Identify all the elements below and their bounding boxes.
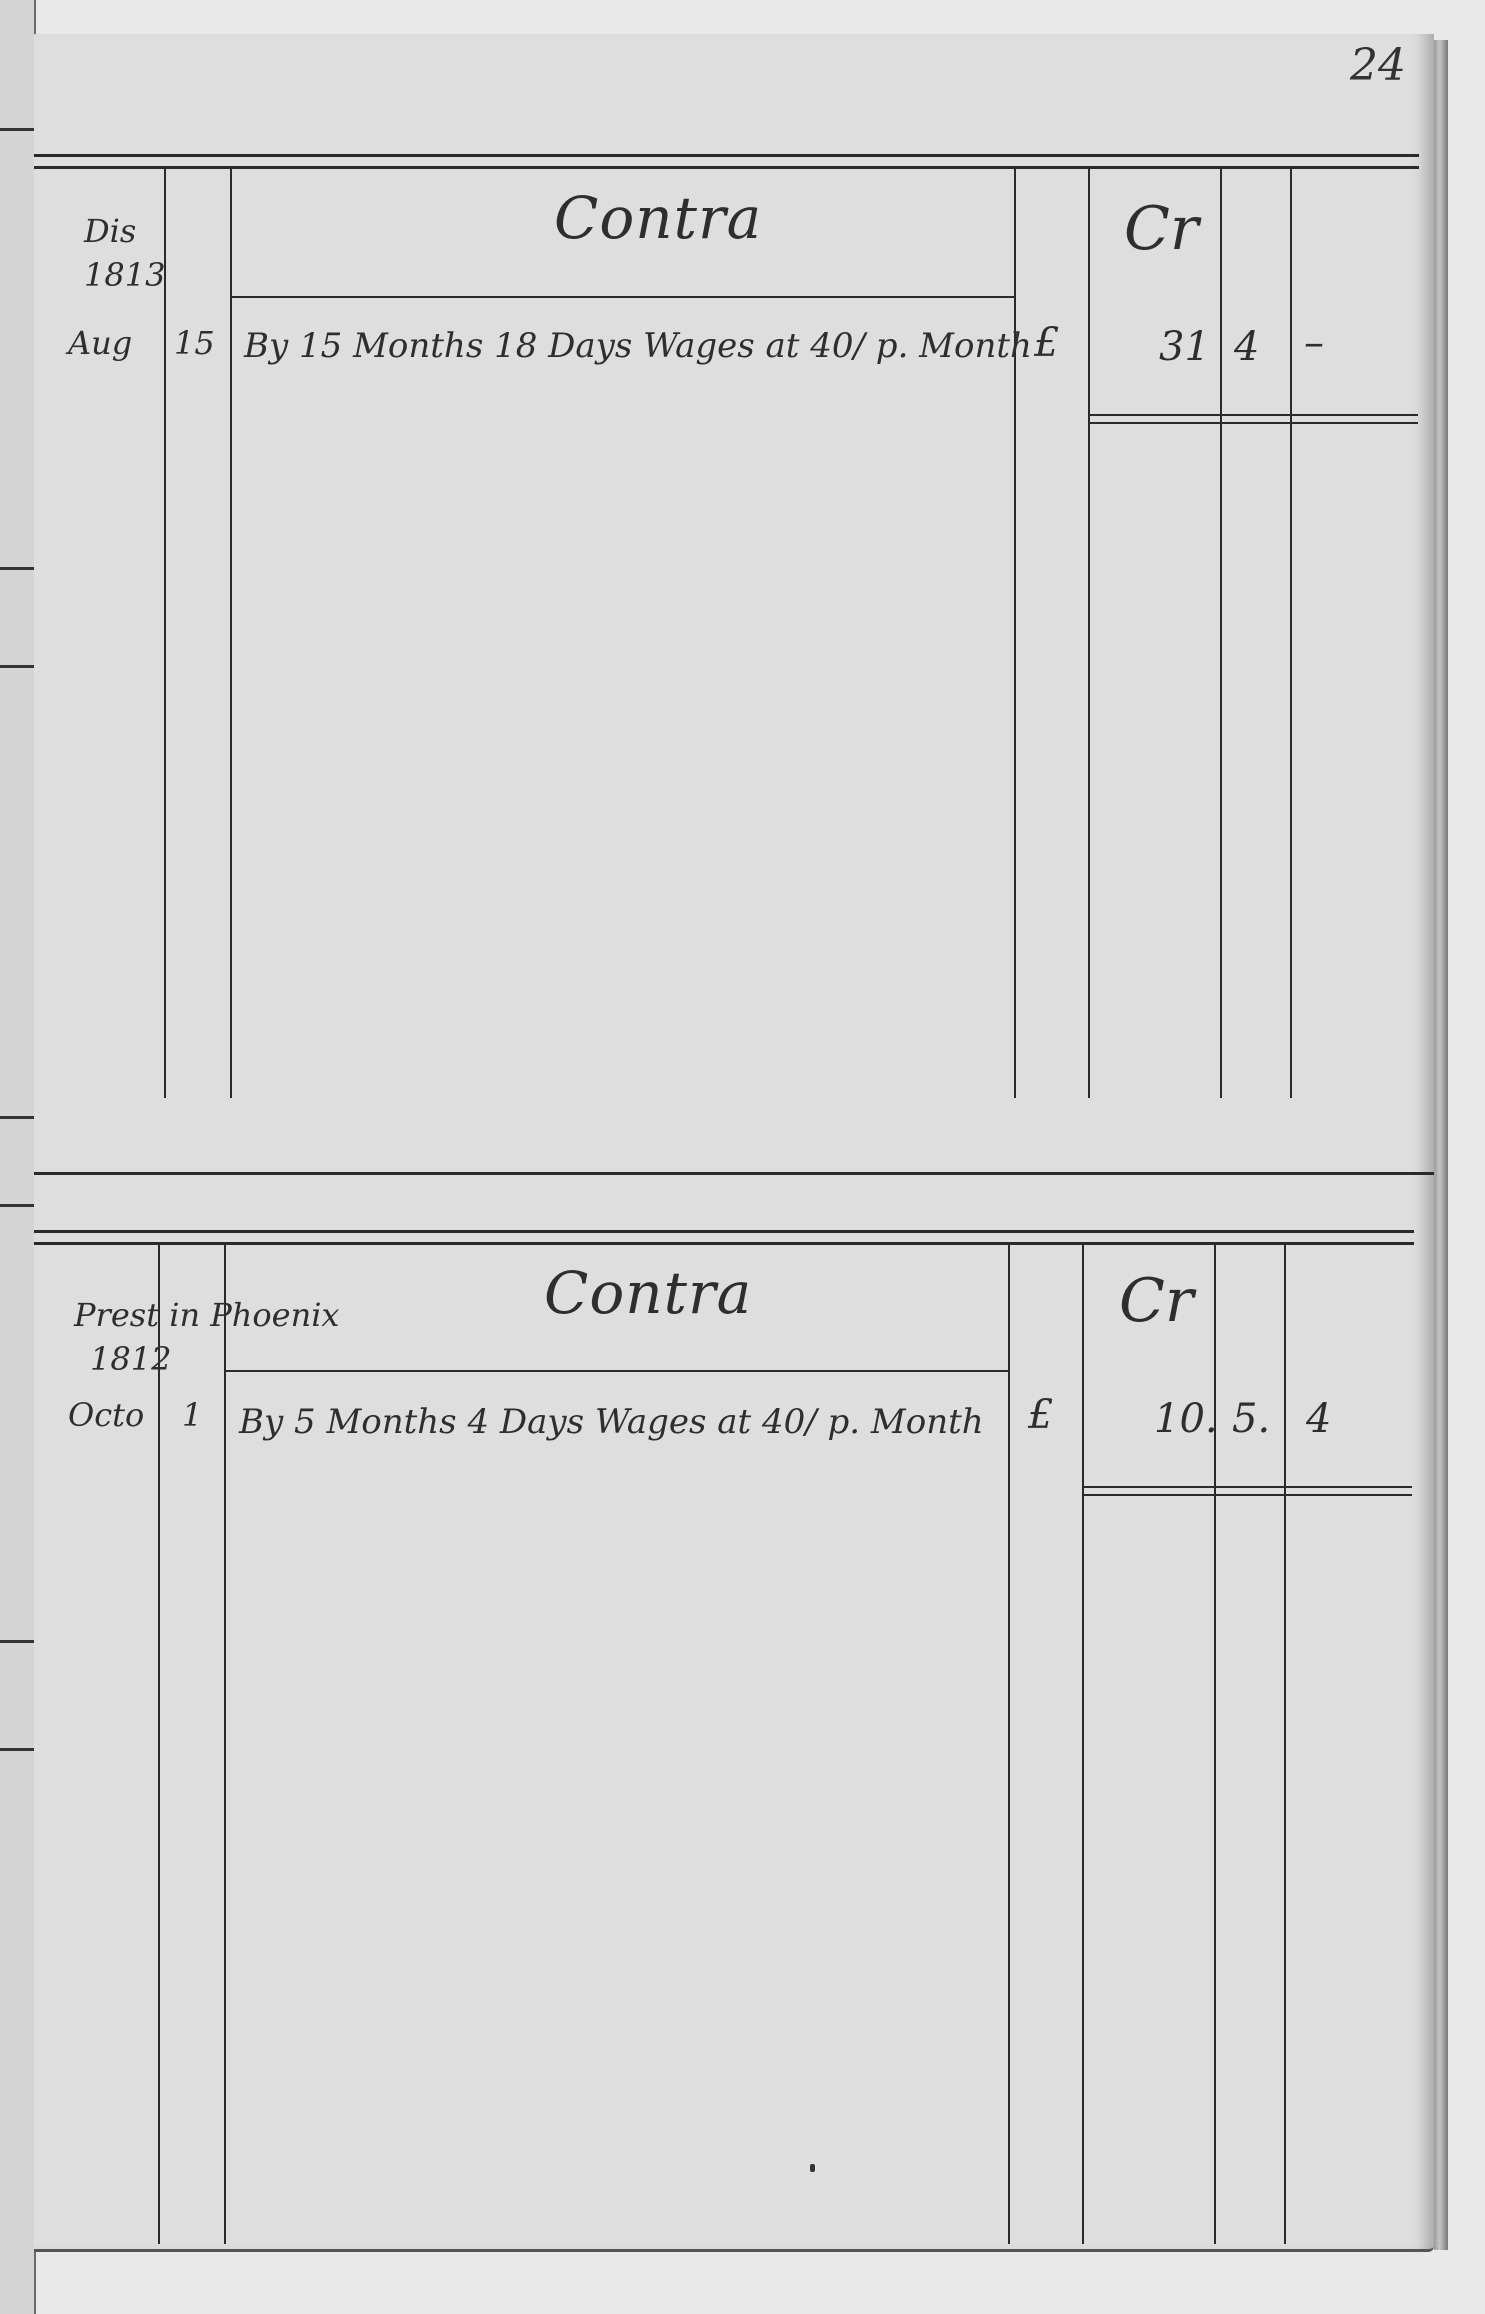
ink-spot: [810, 2164, 815, 2172]
margin-note: Prest in Phoenix: [74, 1296, 339, 1334]
total-double-rule-bottom: [1088, 422, 1418, 424]
section-title: Contra: [554, 184, 762, 252]
page-stack-edge: [1434, 40, 1448, 2250]
entry-month: Aug: [68, 324, 132, 362]
amount-pounds: 31: [1159, 324, 1210, 370]
header-double-rule-top: [34, 154, 1419, 157]
amount-shillings: 4: [1234, 324, 1259, 370]
left-rule: [0, 1204, 34, 1207]
page-number: 24: [1350, 40, 1406, 91]
year-label: 1812: [90, 1340, 171, 1378]
left-rule: [0, 1748, 34, 1751]
folio-column-rule: [1008, 1244, 1010, 2244]
entry-day: 1: [182, 1396, 202, 1434]
total-double-rule-bottom: [1082, 1494, 1412, 1496]
pounds-column-rule: [1088, 168, 1090, 1098]
year-label: Dis 1813: [84, 209, 214, 297]
day-column-rule: [230, 168, 232, 1098]
entry-day: 15: [174, 324, 215, 362]
entry-description: By 15 Months 18 Days Wages at 40/ p. Mon…: [244, 326, 1032, 366]
entry-description: By 5 Months 4 Days Wages at 40/ p. Month: [239, 1402, 984, 1442]
pence-column-rule: [1284, 1244, 1286, 2244]
shillings-column-rule: [1220, 168, 1222, 1098]
contra-underline: [230, 296, 1014, 298]
entry-month: Octo: [68, 1396, 144, 1434]
ledger-page: 24 Contra Cr Dis 1813 Aug 15 By 15 Month…: [34, 34, 1434, 2252]
left-rule: [0, 128, 34, 131]
adjacent-page-edge: [0, 0, 36, 2314]
header-double-rule-top: [34, 1230, 1414, 1233]
section-closing-rule: [34, 1172, 1434, 1175]
left-rule: [0, 1116, 34, 1119]
left-rule: [0, 1640, 34, 1643]
date-column-rule: [164, 168, 166, 1098]
left-rule: [0, 567, 34, 570]
folio-mark: £: [1028, 1392, 1053, 1438]
left-rule: [0, 665, 34, 668]
day-column-rule: [224, 1244, 226, 2244]
credit-label: Cr: [1119, 1266, 1194, 1336]
amount-pence: 4: [1306, 1396, 1331, 1442]
shillings-column-rule: [1214, 1244, 1216, 2244]
amount-pounds: 10.: [1154, 1396, 1218, 1442]
folio-mark: £: [1034, 320, 1059, 366]
pence-column-rule: [1290, 168, 1292, 1098]
amount-shillings: 5.: [1232, 1396, 1270, 1442]
header-double-rule-bottom: [34, 1242, 1414, 1245]
contra-underline: [224, 1370, 1008, 1372]
section-title: Contra: [544, 1259, 752, 1327]
pounds-column-rule: [1082, 1244, 1084, 2244]
total-double-rule-top: [1088, 414, 1418, 416]
amount-pence: –: [1304, 320, 1324, 366]
date-column-rule: [158, 1244, 160, 2244]
total-double-rule-top: [1082, 1486, 1412, 1488]
credit-label: Cr: [1124, 194, 1199, 264]
header-double-rule-bottom: [34, 166, 1419, 169]
folio-column-rule: [1014, 168, 1016, 1098]
